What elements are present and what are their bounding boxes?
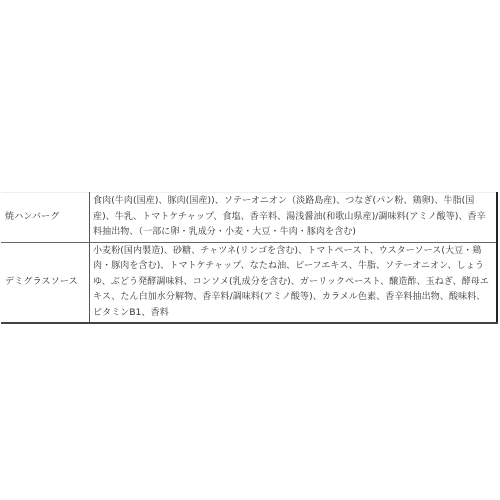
ingredients-cell: 食肉(牛肉(国産)、豚肉(国産))、ソテーオニオン（淡路島産)、つなぎ(パン粉、…: [90, 193, 498, 243]
product-name-cell: デミグラスソース: [1, 242, 90, 323]
ingredients-table: 焼ハンバーグ 食肉(牛肉(国産)、豚肉(国産))、ソテーオニオン（淡路島産)、つ…: [1, 192, 498, 324]
table-row: デミグラスソース 小麦粉(国内製造)、砂糖、チャツネ(リンゴを含む)、トマトペー…: [1, 242, 497, 323]
product-name-cell: 焼ハンバーグ: [1, 193, 90, 243]
ingredients-cell: 小麦粉(国内製造)、砂糖、チャツネ(リンゴを含む)、トマトペースト、ウスターソー…: [90, 242, 498, 323]
ingredients-table-container: 焼ハンバーグ 食肉(牛肉(国産)、豚肉(国産))、ソテーオニオン（淡路島産)、つ…: [1, 192, 498, 324]
table-row: 焼ハンバーグ 食肉(牛肉(国産)、豚肉(国産))、ソテーオニオン（淡路島産)、つ…: [1, 193, 497, 243]
